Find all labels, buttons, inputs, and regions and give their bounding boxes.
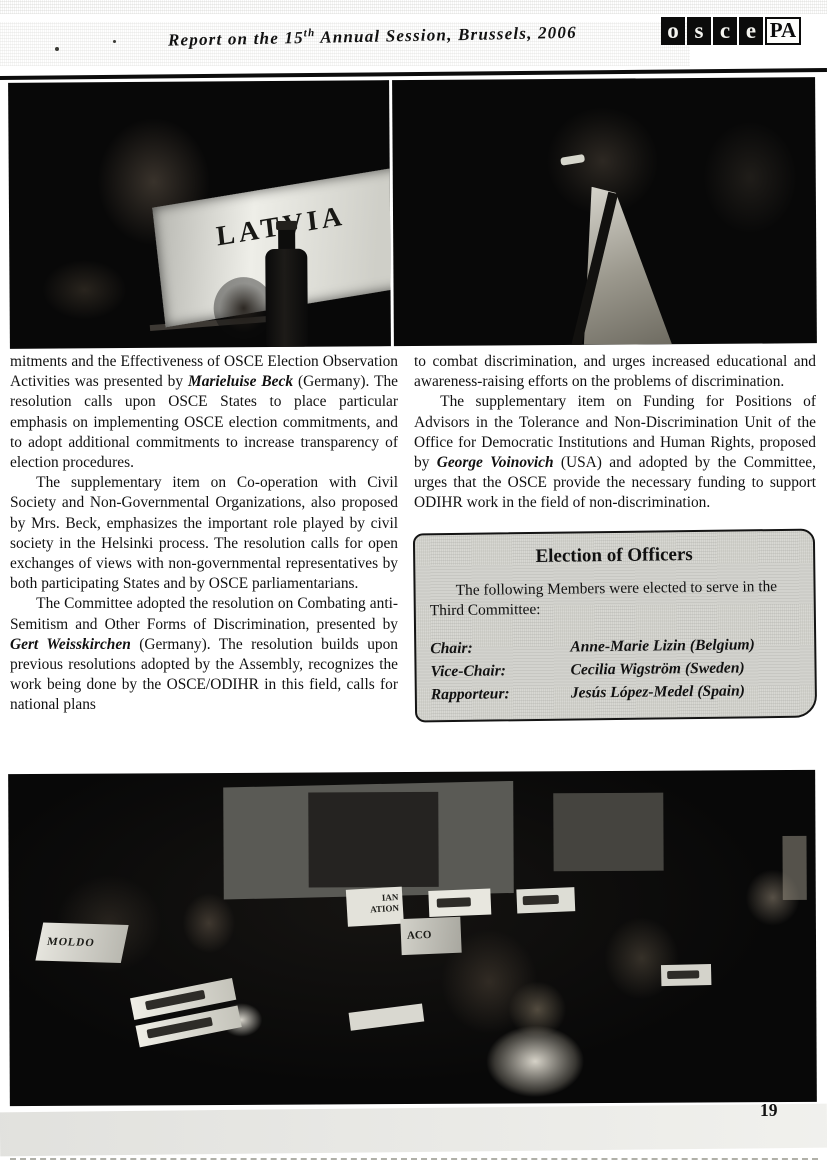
officer-role: Chair: bbox=[430, 635, 570, 660]
right-column: to combat discrimination, and urges incr… bbox=[414, 352, 816, 720]
raised-hand bbox=[737, 860, 809, 935]
logo-letter-o: o bbox=[661, 17, 685, 45]
paragraph-text: The Committee adopted the resolution on … bbox=[10, 595, 398, 632]
officer-role: Vice-Chair: bbox=[430, 658, 570, 683]
paragraph-funding-advisors: The supplementary item on Funding for Po… bbox=[414, 392, 816, 513]
delegate-arm-shadow bbox=[24, 247, 145, 333]
two-column-text: mitments and the Effectiveness of OSCE E… bbox=[10, 352, 816, 720]
scan-noise-footer bbox=[0, 1104, 827, 1157]
paragraph-discrimination: to combat discrimination, and urges incr… bbox=[414, 352, 816, 392]
paragraph-election-observation: mitments and the Effectiveness of OSCE E… bbox=[10, 352, 398, 473]
election-box-intro: The following Members were elected to se… bbox=[429, 576, 799, 621]
nameplate-smudge bbox=[437, 897, 471, 907]
water-bottle-cap bbox=[276, 221, 297, 230]
photo-committee-vote: MOLDO IANATION ACO bbox=[8, 770, 817, 1106]
header-title-text: Report on the 15 bbox=[168, 28, 304, 50]
monaco-nameplate: ACO bbox=[400, 917, 461, 955]
federation-nameplate: IANATION bbox=[346, 887, 404, 927]
nameplate-smudge bbox=[146, 1017, 212, 1039]
scan-speck bbox=[113, 40, 116, 43]
federation-nameplate-line2: ATION bbox=[370, 903, 399, 915]
nameplate-blank bbox=[661, 964, 711, 986]
nameplate-smudge bbox=[667, 970, 699, 979]
photo-speaker-portrait bbox=[392, 77, 817, 346]
federation-nameplate-line1: IAN bbox=[382, 892, 399, 903]
projection-screen-shadow bbox=[308, 792, 438, 888]
officer-row-rapporteur: Rapporteur: Jesús López-Medel (Spain) bbox=[431, 678, 801, 706]
name-gert-weisskirchen: Gert Weisskirchen bbox=[10, 636, 131, 653]
page-number: 19 bbox=[760, 1100, 778, 1121]
header-title-sup: th bbox=[304, 27, 316, 39]
logo-pa-box: PA bbox=[765, 17, 801, 45]
header-title-text2: Annual Session, Brussels, 2006 bbox=[315, 23, 577, 47]
background-person-silhouette bbox=[687, 102, 813, 253]
nameplate-smudge bbox=[523, 895, 559, 905]
projection-screen-2 bbox=[553, 793, 663, 872]
logo-letter-e: e bbox=[739, 17, 763, 45]
officer-role: Rapporteur: bbox=[431, 681, 571, 706]
nameplate-blank bbox=[516, 887, 575, 913]
logo-letter-c: c bbox=[713, 17, 737, 45]
election-box-title: Election of Officers bbox=[429, 542, 799, 569]
logo-letter-s: s bbox=[687, 17, 711, 45]
election-of-officers-box: Election of Officers The following Membe… bbox=[413, 528, 817, 722]
water-bottle bbox=[265, 249, 308, 347]
officer-name: Cecilia Wigström (Sweden) bbox=[570, 656, 744, 681]
osce-pa-logo: o s c e PA bbox=[661, 17, 801, 45]
delegate-head-right bbox=[594, 906, 690, 1011]
officer-name: Anne-Marie Lizin (Belgium) bbox=[570, 633, 755, 658]
scan-noise-top bbox=[0, 0, 827, 14]
scan-edge-dashes bbox=[10, 1158, 818, 1160]
scan-speck bbox=[55, 47, 59, 51]
name-marieluise-beck: Marieluise Beck bbox=[188, 373, 293, 390]
moldova-nameplate: MOLDO bbox=[35, 922, 128, 963]
photo-latvia-delegate: LATVIA bbox=[8, 80, 391, 349]
paragraph-text: The supplementary item on Co-operation w… bbox=[10, 474, 398, 592]
paragraph-anti-semitism: The Committee adopted the resolution on … bbox=[10, 594, 398, 715]
name-george-voinovich: George Voinovich bbox=[437, 454, 554, 471]
left-column: mitments and the Effectiveness of OSCE E… bbox=[10, 352, 398, 720]
nameplate-smudge bbox=[145, 990, 206, 1011]
delegate-face-left bbox=[174, 883, 244, 963]
top-photo-row: LATVIA bbox=[8, 77, 817, 349]
nameplate-blank bbox=[428, 889, 491, 917]
report-page: Report on the 15th Annual Session, Bruss… bbox=[0, 0, 827, 1169]
white-shirt-highlight bbox=[477, 1019, 592, 1104]
paragraph-civil-society: The supplementary item on Co-operation w… bbox=[10, 473, 398, 594]
paragraph-text: to combat discrimination, and urges incr… bbox=[414, 353, 816, 390]
officer-name: Jesús López-Medel (Spain) bbox=[571, 679, 745, 704]
